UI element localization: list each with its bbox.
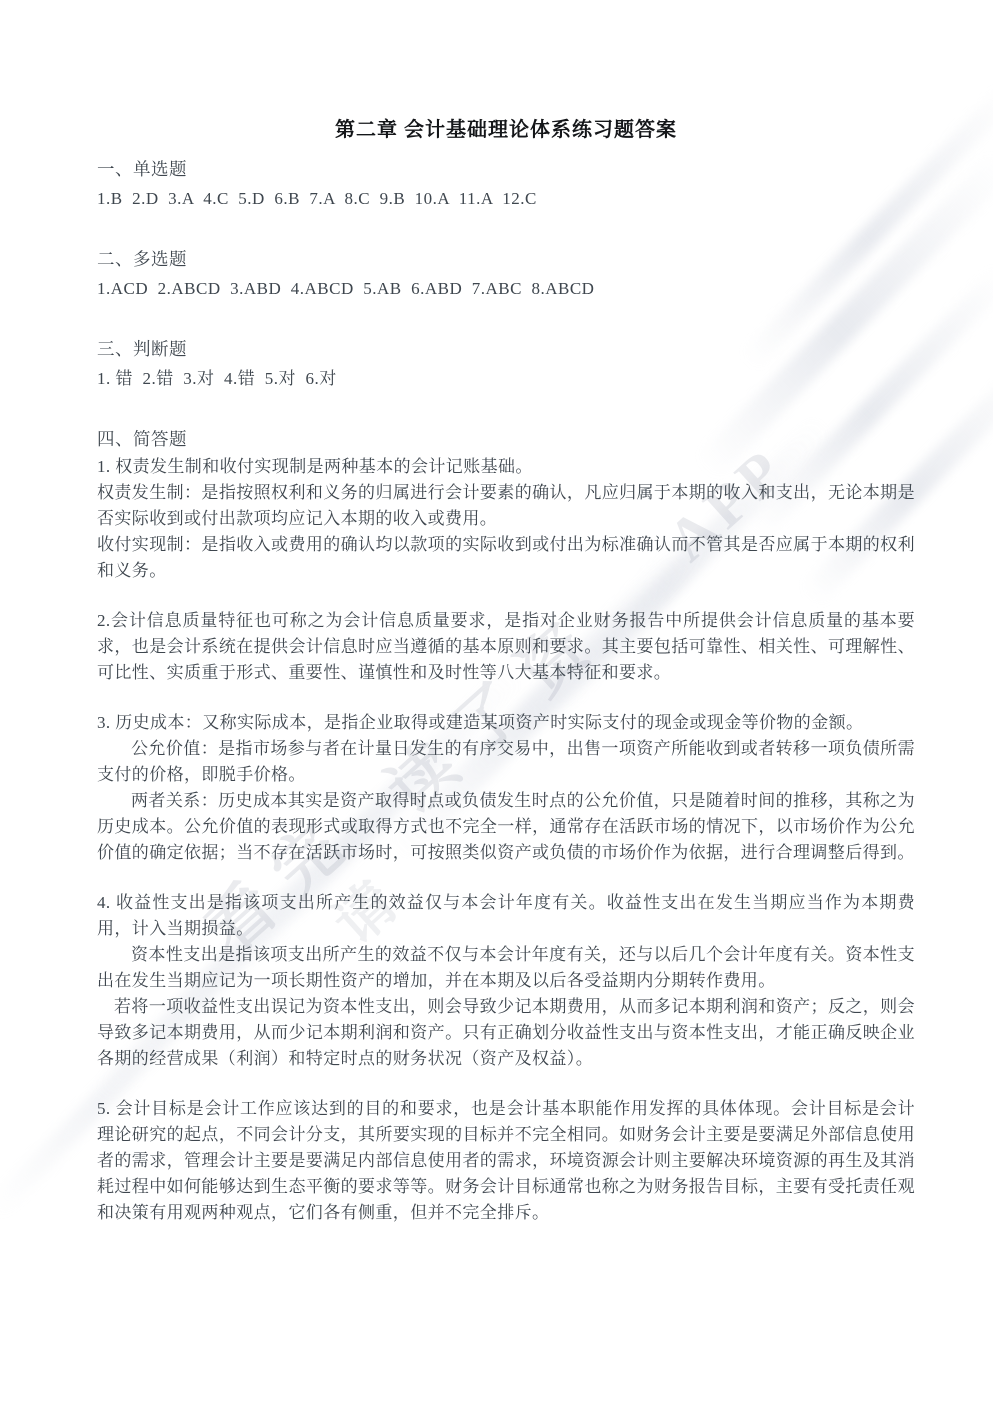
section-heading: 二、多选题 (97, 244, 915, 274)
section-single-choice: 一、单选题 1.B 2.D 3.A 4.C 5.D 6.B 7.A 8.C 9.… (97, 154, 915, 214)
qa-paragraph: 1. 权责发生制和收付实现制是两种基本的会计记账基础。 (97, 454, 915, 480)
qa-paragraph: 权责发生制：是指按照权利和义务的归属进行会计要素的确认，凡应归属于本期的收入和支… (97, 480, 915, 532)
page-title: 第二章 会计基础理论体系练习题答案 (97, 116, 915, 144)
answer-row: 1.B 2.D 3.A 4.C 5.D 6.B 7.A 8.C 9.B 10.A… (97, 184, 915, 214)
qa-paragraph: 若将一项收益性支出误记为资本性支出，则会导致少记本期费用，从而多记本期利润和资产… (97, 994, 915, 1072)
qa-paragraph: 4. 收益性支出是指该项支出所产生的效益仅与本会计年度有关。收益性支出在发生当期… (97, 890, 915, 942)
qa-paragraph: 两者关系：历史成本其实是资产取得时点或负债发生时点的公允价值，只是随着时间的推移… (97, 788, 915, 866)
qa-paragraph: 公允价值：是指市场参与者在计量日发生的有序交易中，出售一项资产所能收到或者转移一… (97, 736, 915, 788)
answer-row: 1. 错 2.错 3.对 4.错 5.对 6.对 (97, 364, 915, 394)
answer-row: 1.ACD 2.ABCD 3.ABD 4.ABCD 5.AB 6.ABD 7.A… (97, 274, 915, 304)
qa-paragraph: 3. 历史成本：又称实际成本，是指企业取得或建造某项资产时实际支付的现金或现金等… (97, 710, 915, 736)
qa-item-1: 1. 权责发生制和收付实现制是两种基本的会计记账基础。 权责发生制：是指按照权利… (97, 454, 915, 584)
section-true-false: 三、判断题 1. 错 2.错 3.对 4.错 5.对 6.对 (97, 334, 915, 394)
section-heading: 三、判断题 (97, 334, 915, 364)
qa-item-4: 4. 收益性支出是指该项支出所产生的效益仅与本会计年度有关。收益性支出在发生当期… (97, 890, 915, 1072)
qa-paragraph: 5. 会计目标是会计工作应该达到的目的和要求，也是会计基本职能作用发挥的具体体现… (97, 1096, 915, 1226)
qa-paragraph: 收付实现制：是指收入或费用的确认均以款项的实际收到或付出为标准确认而不管其是否应… (97, 532, 915, 584)
document-content: 第二章 会计基础理论体系练习题答案 一、单选题 1.B 2.D 3.A 4.C … (97, 116, 915, 1244)
qa-item-5: 5. 会计目标是会计工作应该达到的目的和要求，也是会计基本职能作用发挥的具体体现… (97, 1096, 915, 1226)
qa-paragraph: 2.会计信息质量特征也可称之为会计信息质量要求，是指对企业财务报告中所提供会计信… (97, 608, 915, 686)
qa-item-2: 2.会计信息质量特征也可称之为会计信息质量要求，是指对企业财务报告中所提供会计信… (97, 608, 915, 686)
document-page: 看完 读了资 请 APP 第二章 会计基础理论体系练习题答案 一、单选题 1.B… (0, 0, 993, 1404)
qa-item-3: 3. 历史成本：又称实际成本，是指企业取得或建造某项资产时实际支付的现金或现金等… (97, 710, 915, 866)
section-heading: 一、单选题 (97, 154, 915, 184)
section-short-answer: 四、简答题 1. 权责发生制和收付实现制是两种基本的会计记账基础。 权责发生制：… (97, 424, 915, 1226)
section-multi-choice: 二、多选题 1.ACD 2.ABCD 3.ABD 4.ABCD 5.AB 6.A… (97, 244, 915, 304)
section-heading: 四、简答题 (97, 424, 915, 454)
qa-paragraph: 资本性支出是指该项支出所产生的效益不仅与本会计年度有关，还与以后几个会计年度有关… (97, 942, 915, 994)
